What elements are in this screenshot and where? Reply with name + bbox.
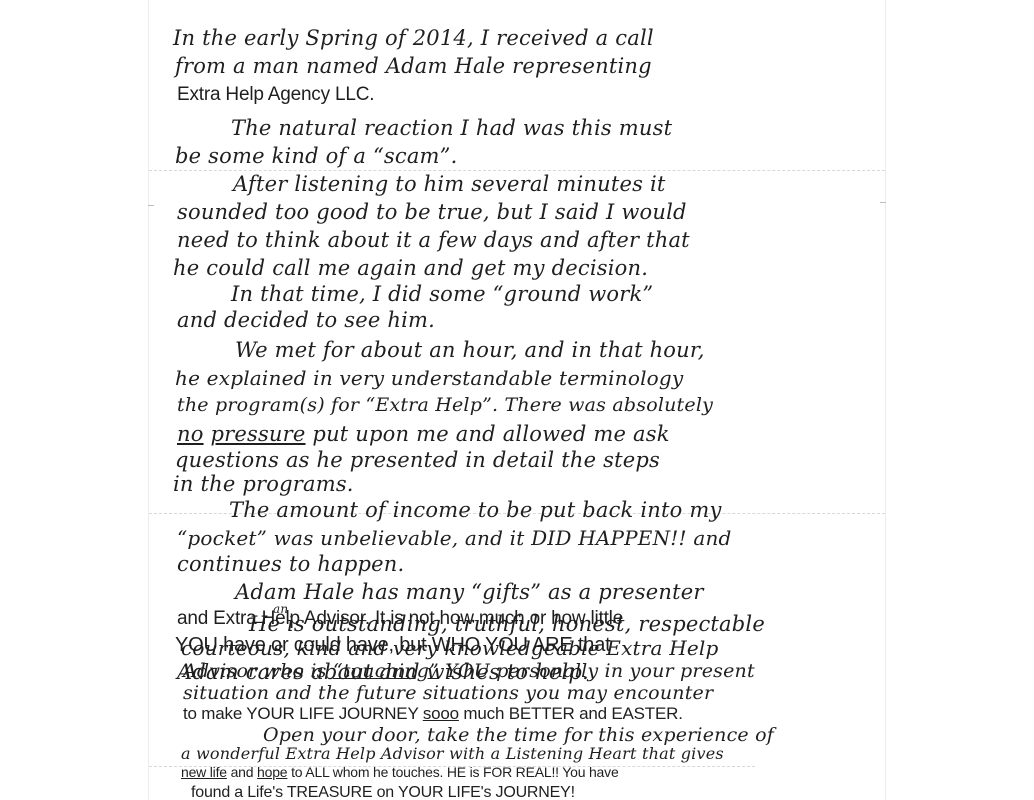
- letter-page: In the early Spring of 2014, I received …: [148, 0, 886, 800]
- letter-line: he explained in very understandable term…: [175, 366, 683, 390]
- letter-line: We met for about an hour, and in that ho…: [235, 338, 705, 362]
- letter-line: to make YOUR LIFE JOURNEY sooo much BETT…: [183, 704, 683, 724]
- letter-line: In the early Spring of 2014, I received …: [173, 26, 654, 50]
- letter-line: situation and the future situations you …: [183, 682, 713, 704]
- letter-line: After listening to him several minutes i…: [233, 172, 666, 196]
- letter-line-part: and: [231, 764, 254, 780]
- letter-line: Open your door, take the time for this e…: [263, 724, 774, 746]
- letter-line: courteous, kind and very knowledgeable E…: [181, 636, 719, 660]
- letter-line: questions as he presented in detail the …: [175, 448, 660, 472]
- letter-line: he could call me again and get my decisi…: [173, 256, 648, 280]
- letter-line: Extra Help Agency LLC.: [177, 84, 374, 106]
- letter-line-part: much BETTER and EASTER.: [463, 704, 682, 723]
- letter-line-part: Advisor who is: [183, 660, 327, 682]
- underlined-touching: “touching”: [333, 660, 439, 682]
- letter-line: need to think about it a few days and af…: [177, 228, 690, 252]
- letter-line: Advisor who is “touching” YOU personally…: [183, 660, 755, 682]
- letter-line: no pressure put upon me and allowed me a…: [177, 422, 670, 446]
- edge-mark: [148, 205, 154, 206]
- letter-line: new life and hope to ALL whom he touches…: [181, 764, 619, 780]
- letter-line: The natural reaction I had was this must: [231, 116, 672, 140]
- letter-line: The amount of income to be put back into…: [229, 498, 722, 522]
- letter-line: “pocket” was unbelievable, and it DID HA…: [177, 526, 732, 550]
- underlined-no: no: [177, 422, 204, 446]
- letter-line: a wonderful Extra Help Advisor with a Li…: [181, 744, 724, 763]
- letter-line: and decided to see him.: [177, 308, 435, 332]
- edge-mark: [880, 202, 886, 203]
- letter-line: In that time, I did some “ground work”: [231, 282, 653, 306]
- underlined-hope: hope: [257, 764, 287, 780]
- letter-line: from a man named Adam Hale representing: [175, 54, 652, 78]
- fold-line: [149, 170, 885, 171]
- letter-line: sounded too good to be true, but I said …: [177, 200, 687, 224]
- letter-line-part: to make YOUR LIFE JOURNEY: [183, 704, 418, 723]
- letter-line-part: YOU personally in your present: [445, 660, 755, 682]
- letter-line-part: to ALL whom he touches. HE is FOR REAL!!…: [291, 764, 618, 780]
- underlined-pressure: pressure: [210, 422, 305, 446]
- letter-line: in the programs.: [173, 472, 354, 496]
- underlined-new-life: new life: [181, 764, 227, 780]
- underlined-sooo: sooo: [423, 704, 459, 723]
- letter-line: He is outstanding, truthful, honest, res…: [249, 612, 765, 636]
- letter-line: the program(s) for “Extra Help”. There w…: [177, 394, 713, 416]
- letter-line: be some kind of a “scam”.: [175, 144, 457, 168]
- letter-line: found a Life's TREASURE on YOUR LIFE's J…: [191, 784, 575, 800]
- letter-line: continues to happen.: [177, 552, 404, 576]
- letter-line-rest: put upon me and allowed me ask: [312, 422, 669, 446]
- letter-line: Adam Hale has many “gifts” as a presente…: [235, 580, 704, 604]
